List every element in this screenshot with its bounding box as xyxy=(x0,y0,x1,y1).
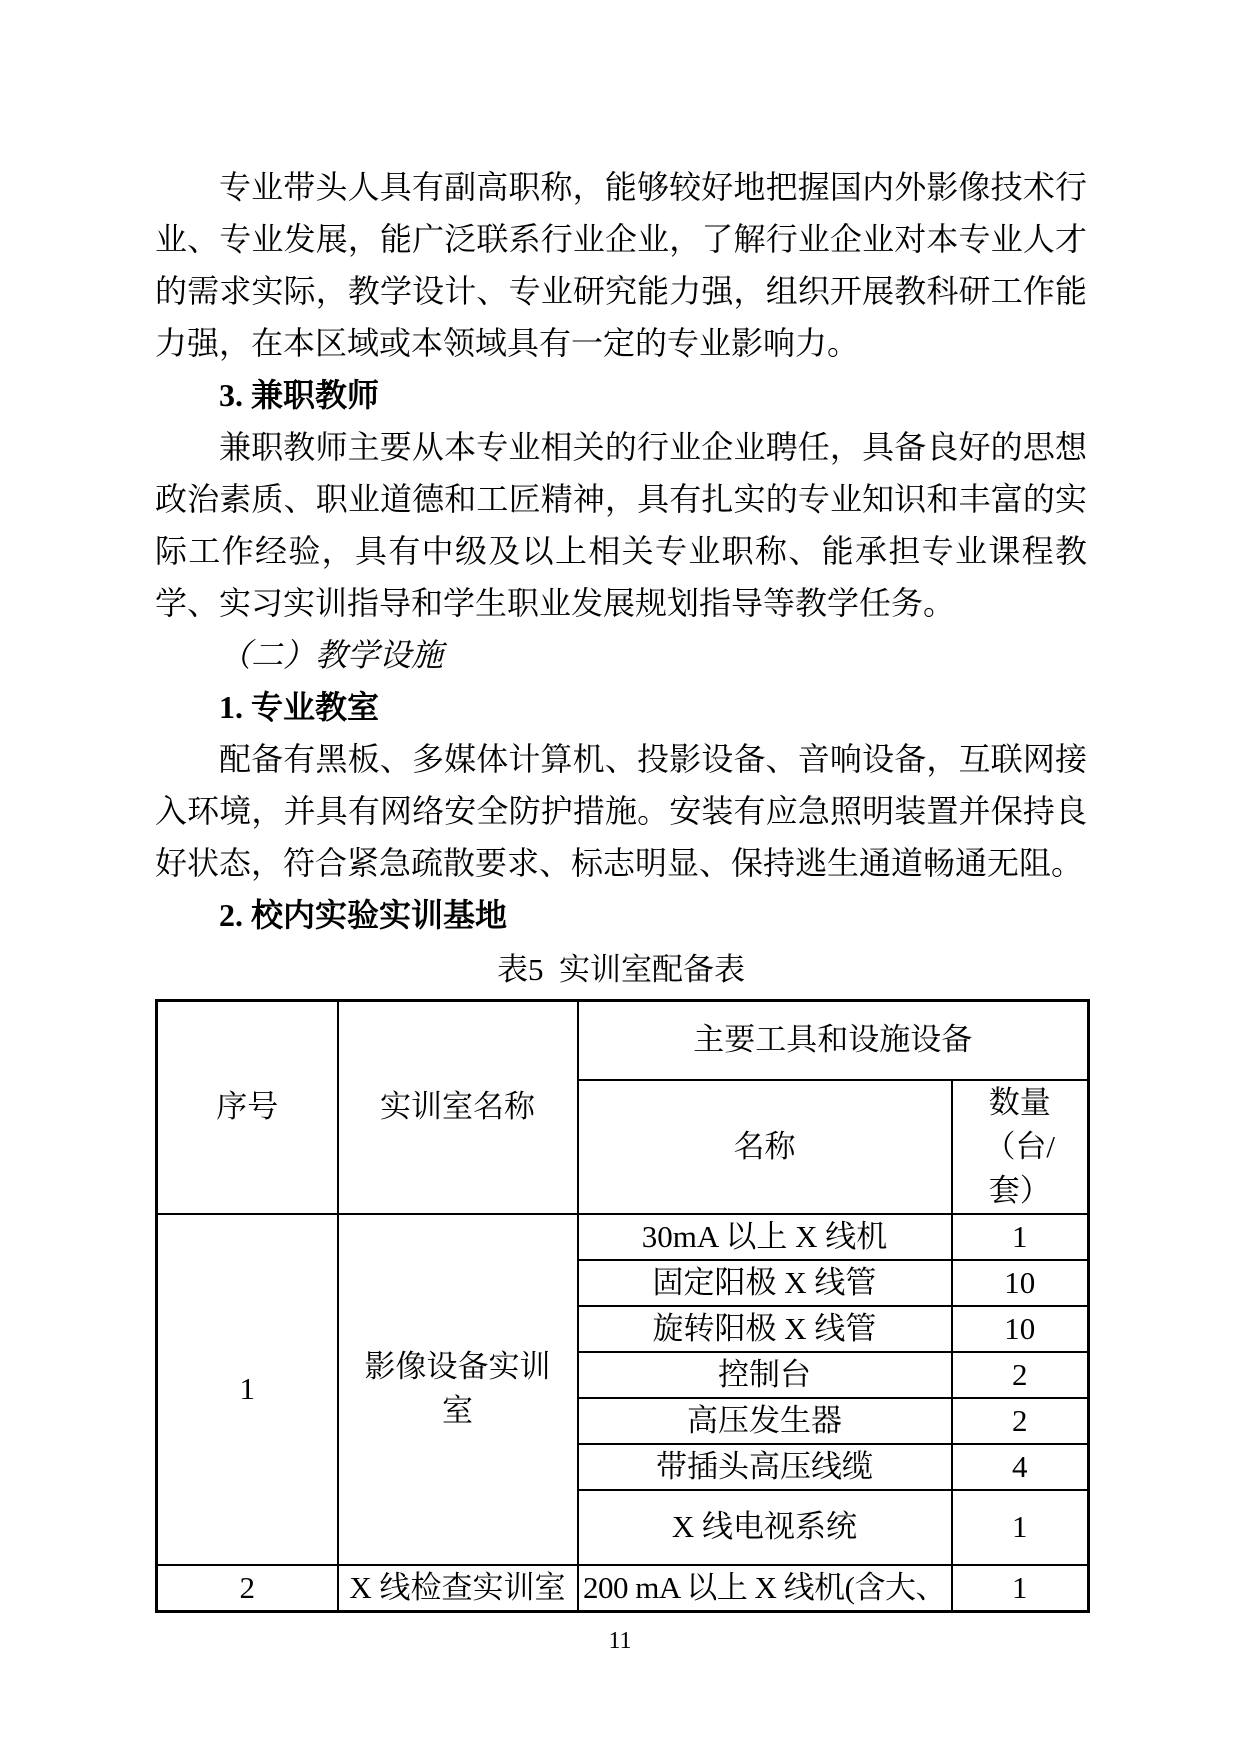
cell-equipment-name: 高压发生器 xyxy=(578,1398,952,1444)
page-number: 11 xyxy=(0,1626,1240,1656)
table-row: 1 影像设备实训 室 30mA 以上 X 线机 1 xyxy=(157,1214,1089,1260)
header-cell-index: 序号 xyxy=(157,1001,338,1214)
header-cell-tools-equipment: 主要工具和设施设备 xyxy=(578,1001,1089,1080)
cell-equipment-qty: 2 xyxy=(952,1398,1089,1444)
cell-equipment-qty: 1 xyxy=(952,1565,1089,1612)
table-caption: 表5 实训室配备表 xyxy=(155,941,1087,999)
header-cell-equipment-name: 名称 xyxy=(578,1080,952,1214)
paragraph-leader-teacher: 专业带头人具有副高职称，能够较好地把握国内外影像技术行业、专业发展，能广泛联系行… xyxy=(155,161,1087,369)
heading-campus-training-base: 2. 校内实验实训基地 xyxy=(155,889,1087,941)
cell-equipment-name: 旋转阳极 X 线管 xyxy=(578,1306,952,1352)
cell-room-name: X 线检查实训室 xyxy=(338,1565,578,1612)
paragraph-parttime-teachers: 兼职教师主要从本专业相关的行业企业聘任，具备良好的思想政治素质、职业道德和工匠精… xyxy=(155,421,1087,629)
table-row: 2 X 线检查实训室 200 mA 以上 X 线机(含大、 1 xyxy=(157,1565,1089,1612)
document-content: 专业带头人具有副高职称，能够较好地把握国内外影像技术行业、专业发展，能广泛联系行… xyxy=(155,161,1087,1613)
training-room-equipment-table: 序号 实训室名称 主要工具和设施设备 名称 数量 （台/ 套） 1 影像设备实训… xyxy=(155,999,1090,1613)
cell-row-index: 2 xyxy=(157,1565,338,1612)
cell-equipment-name: 控制台 xyxy=(578,1352,952,1398)
document-page: 专业带头人具有副高职称，能够较好地把握国内外影像技术行业、专业发展，能广泛联系行… xyxy=(0,0,1240,1753)
cell-equipment-name: 200 mA 以上 X 线机(含大、 xyxy=(578,1565,952,1612)
paragraph-professional-classroom: 配备有黑板、多媒体计算机、投影设备、音响设备，互联网接入环境，并具有网络安全防护… xyxy=(155,733,1087,889)
heading-parttime-teachers: 3. 兼职教师 xyxy=(155,369,1087,421)
cell-equipment-name: 30mA 以上 X 线机 xyxy=(578,1214,952,1260)
cell-equipment-name: 带插头高压线缆 xyxy=(578,1444,952,1490)
cell-equipment-qty: 10 xyxy=(952,1260,1089,1306)
header-cell-room-name: 实训室名称 xyxy=(338,1001,578,1214)
cell-equipment-qty: 1 xyxy=(952,1214,1089,1260)
cell-equipment-qty: 1 xyxy=(952,1490,1089,1565)
cell-equipment-qty: 4 xyxy=(952,1444,1089,1490)
cell-equipment-name: X 线电视系统 xyxy=(578,1490,952,1565)
header-cell-quantity: 数量 （台/ 套） xyxy=(952,1080,1089,1214)
cell-equipment-qty: 10 xyxy=(952,1306,1089,1352)
cell-equipment-name: 固定阳极 X 线管 xyxy=(578,1260,952,1306)
heading-professional-classroom: 1. 专业教室 xyxy=(155,681,1087,733)
heading-teaching-facilities: （二）教学设施 xyxy=(155,629,1087,681)
cell-row-index: 1 xyxy=(157,1214,338,1565)
cell-equipment-qty: 2 xyxy=(952,1352,1089,1398)
table-header-row-1: 序号 实训室名称 主要工具和设施设备 xyxy=(157,1001,1089,1080)
cell-room-name: 影像设备实训 室 xyxy=(338,1214,578,1565)
